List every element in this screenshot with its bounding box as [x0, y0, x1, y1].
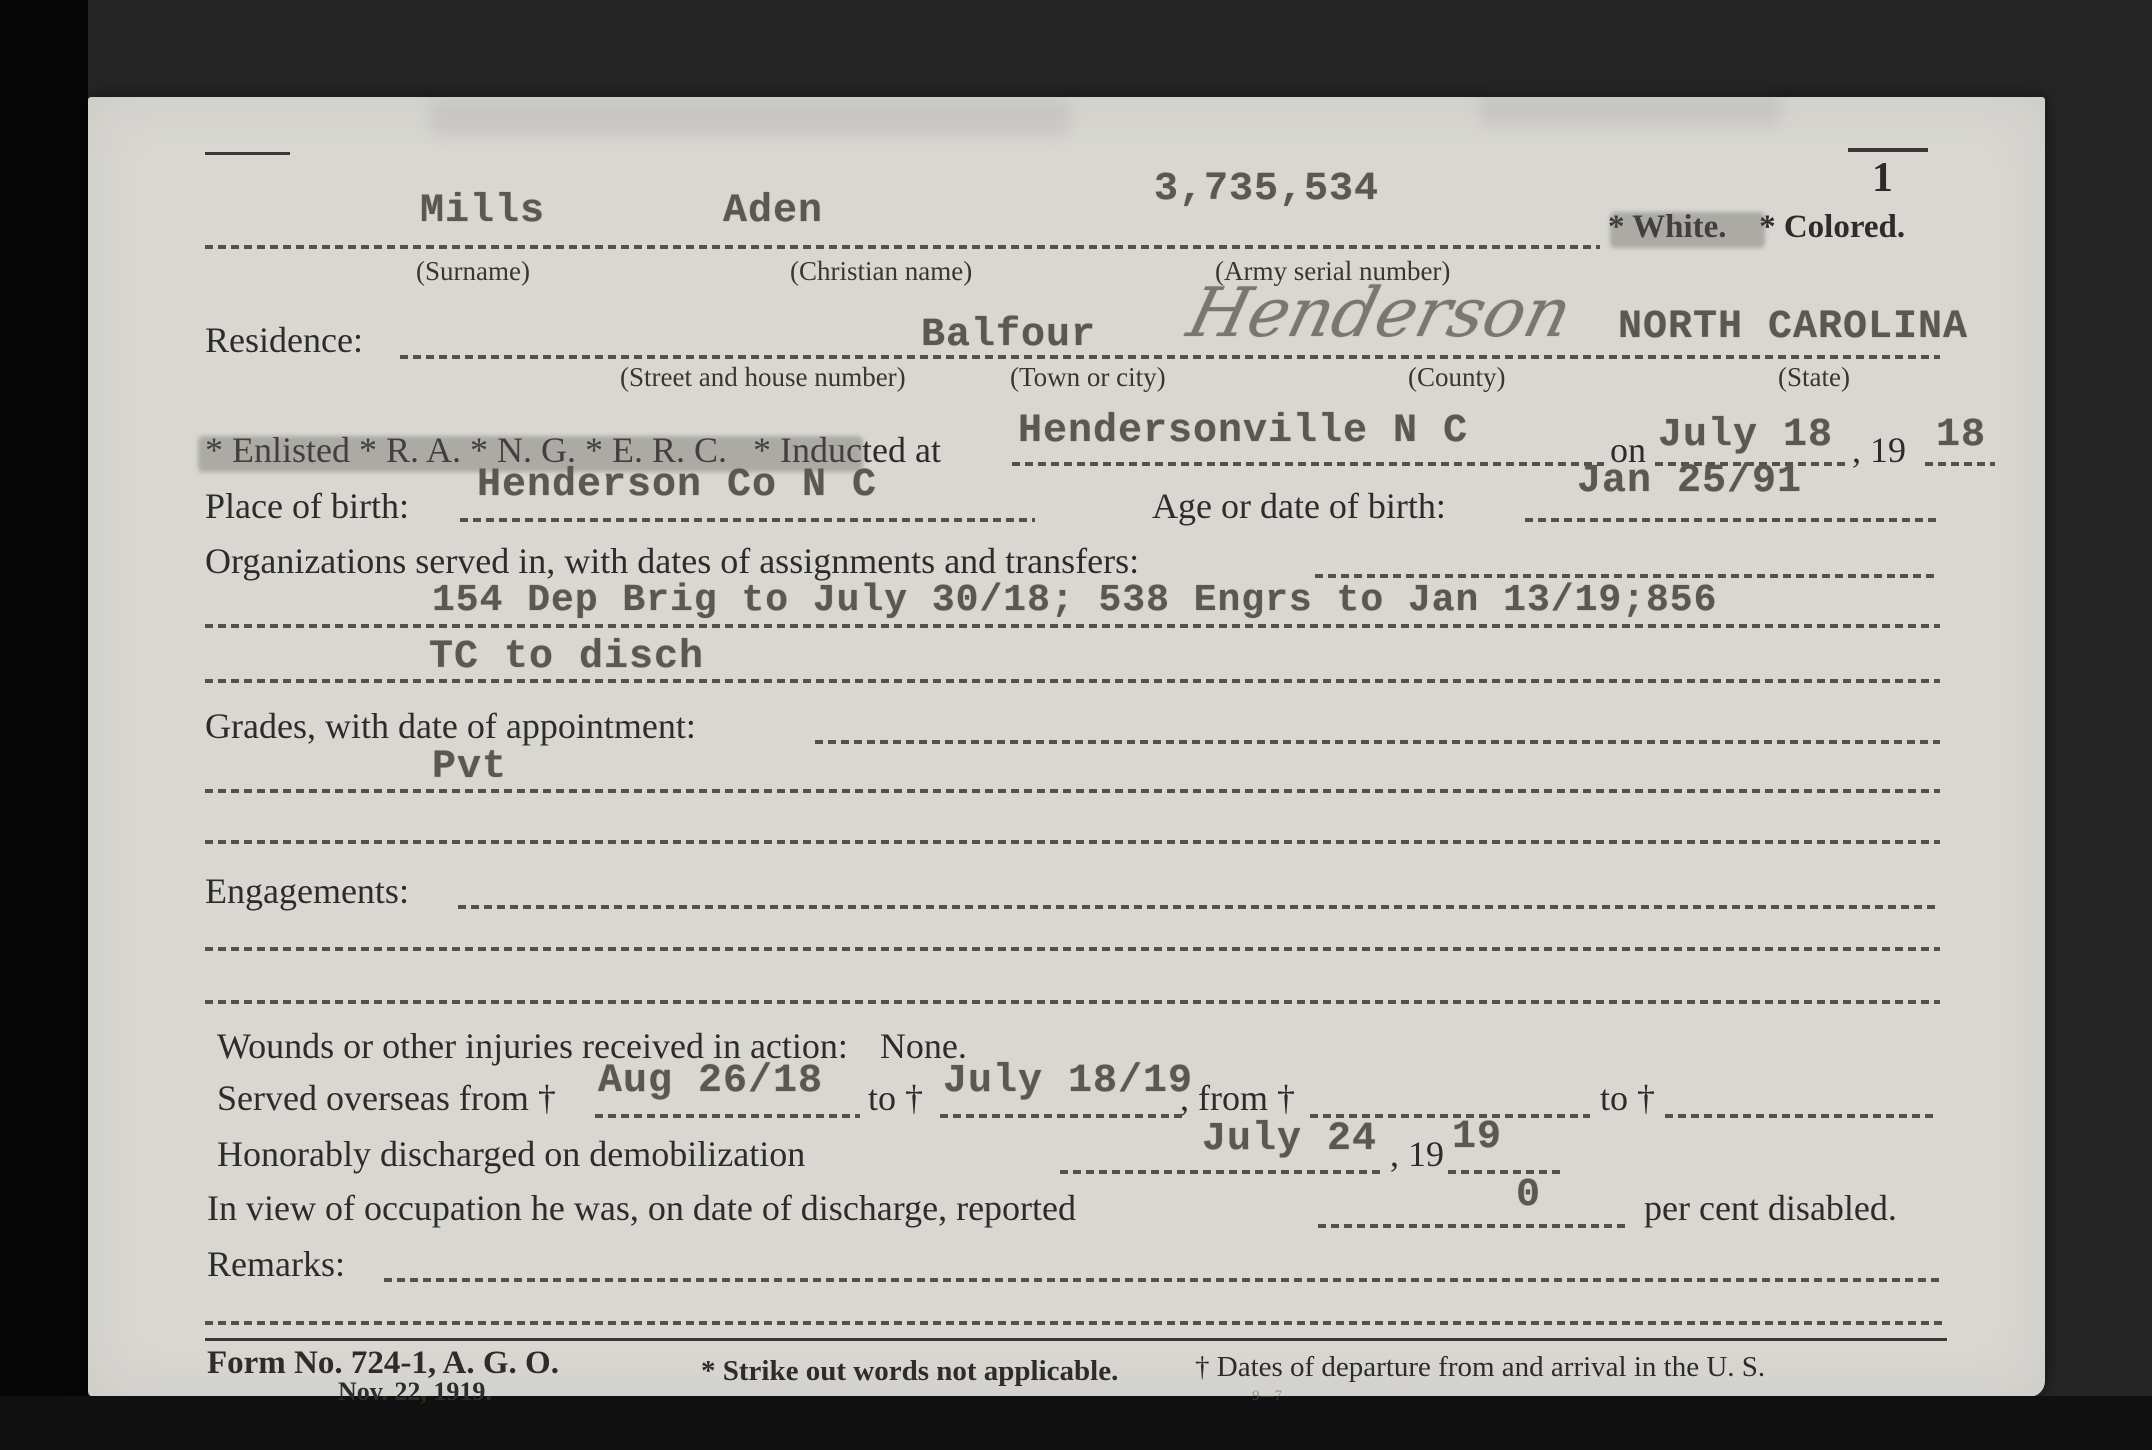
- induction-year-typed: 18: [1936, 416, 1986, 456]
- dotted-rule: [205, 840, 1940, 844]
- white-strikeout-smear: [1610, 212, 1765, 248]
- dotted-rule: [205, 1000, 1940, 1004]
- disability-label: In view of occupation he was, on date of…: [207, 1190, 1076, 1228]
- dotted-rule: [595, 1114, 860, 1118]
- christian-name-label: (Christian name): [790, 256, 972, 287]
- dotted-rule: [1925, 462, 1995, 466]
- scan-left-border: [0, 0, 88, 1450]
- christian-name-typed: Aden: [723, 192, 823, 232]
- bleed-smudge: [1480, 94, 1780, 126]
- grade-typed: Pvt: [432, 748, 507, 788]
- form-number: Form No. 724-1, A. G. O.: [207, 1346, 559, 1381]
- town-label: (Town or city): [1010, 362, 1166, 393]
- army-serial-typed: 3,735,534: [1154, 170, 1379, 210]
- dotted-rule: [205, 947, 1940, 951]
- dotted-rule: [1060, 1170, 1385, 1174]
- overseas-from2-label: , from †: [1180, 1080, 1295, 1118]
- disability-suffix: per cent disabled.: [1644, 1190, 1897, 1228]
- dotted-rule: [1665, 1114, 1935, 1118]
- residence-label: Residence:: [205, 322, 363, 360]
- dotted-rule: [1012, 462, 1604, 466]
- wounds-line: Wounds or other injuries received in act…: [217, 1028, 967, 1066]
- dotted-rule: [205, 679, 1940, 683]
- strike-note: * Strike out words not applicable.: [701, 1356, 1118, 1386]
- print-code-fragment: 9—7: [1252, 1388, 1282, 1405]
- organizations-line1-typed: 154 Dep Brig to July 30/18; 538 Engrs to…: [432, 582, 1717, 620]
- state-label: (State): [1778, 362, 1850, 393]
- page-number: 1: [1872, 156, 1893, 200]
- discharge-year-typed: 19: [1452, 1118, 1502, 1158]
- dotted-rule: [205, 624, 1940, 628]
- year-19-prefix: , 19: [1852, 432, 1906, 470]
- bottom-solid-rule: [205, 1338, 1947, 1341]
- county-label: (County): [1408, 362, 1506, 393]
- discharge-date-typed: July 24: [1202, 1120, 1377, 1160]
- scan-bottom-border: [0, 1396, 2152, 1450]
- birth-date-typed: Jan 25/91: [1577, 462, 1802, 502]
- dotted-rule: [205, 1321, 1942, 1325]
- dotted-rule: [940, 1114, 1185, 1118]
- residence-town-typed: Balfour: [921, 316, 1096, 356]
- top-left-dash: [205, 152, 290, 155]
- form-date: Nov. 22, 1919.: [338, 1378, 492, 1405]
- engagements-label: Engagements:: [205, 873, 409, 911]
- age-or-birth-label: Age or date of birth:: [1152, 488, 1446, 526]
- discharge-year-prefix: , 19: [1390, 1136, 1444, 1174]
- surname-label: (Surname): [416, 256, 530, 287]
- dotted-rule: [1315, 574, 1938, 578]
- disability-percent-typed: 0: [1516, 1176, 1541, 1216]
- dotted-rule: [205, 245, 1600, 249]
- page-number-overline: [1848, 148, 1928, 152]
- scanned-page: Mills Aden 3,735,534 1 * White. * Colore…: [0, 0, 2152, 1450]
- overseas-from-date-typed: Aug 26/18: [598, 1062, 823, 1102]
- overseas-to-label: to †: [868, 1080, 923, 1118]
- dotted-rule: [400, 355, 1940, 359]
- dagger-note: † Dates of departure from and arrival in…: [1195, 1352, 1765, 1382]
- residence-state-typed: NORTH CAROLINA: [1618, 308, 1968, 348]
- remarks-label: Remarks:: [207, 1246, 345, 1284]
- residence-county-handwritten: Henderson: [1182, 280, 1578, 348]
- place-of-birth-label: Place of birth:: [205, 488, 409, 526]
- bleed-smudge: [430, 100, 1070, 136]
- dotted-rule: [205, 789, 1940, 793]
- surname-typed: Mills: [420, 192, 545, 232]
- overseas-to2-label: to †: [1600, 1080, 1655, 1118]
- overseas-from-label: Served overseas from †: [217, 1080, 556, 1118]
- induction-place-typed: Hendersonville N C: [1018, 412, 1468, 452]
- dotted-rule: [458, 905, 1940, 909]
- induction-date-typed: July 18: [1658, 416, 1833, 456]
- street-label: (Street and house number): [620, 362, 906, 393]
- dotted-rule: [384, 1278, 1940, 1282]
- place-of-birth-typed: Henderson Co N C: [477, 466, 877, 506]
- grades-label: Grades, with date of appointment:: [205, 708, 696, 746]
- organizations-label: Organizations served in, with dates of a…: [205, 543, 1139, 581]
- dotted-rule: [1318, 1224, 1630, 1228]
- dotted-rule: [460, 518, 1035, 522]
- discharge-label: Honorably discharged on demobilization: [217, 1136, 805, 1174]
- race-colored: * Colored.: [1759, 209, 1905, 245]
- overseas-to-date-typed: July 18/19: [943, 1062, 1193, 1102]
- organizations-line2-typed: TC to disch: [429, 638, 704, 678]
- dotted-rule: [1525, 518, 1940, 522]
- dotted-rule: [1448, 1170, 1560, 1174]
- dotted-rule: [815, 740, 1940, 744]
